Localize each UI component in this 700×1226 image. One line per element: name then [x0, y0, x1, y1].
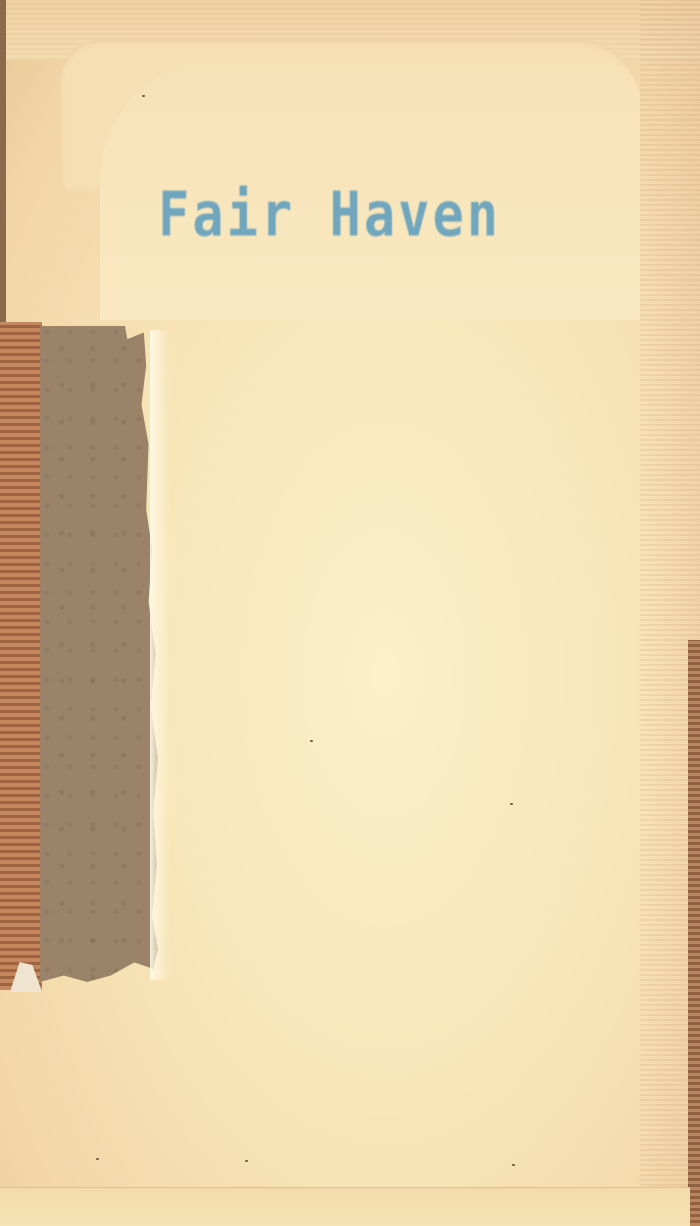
paper-speck [142, 95, 145, 97]
paper-speck [96, 1158, 99, 1160]
exposed-board [40, 326, 158, 982]
fair-haven-stamp: Fair Haven [158, 180, 501, 251]
paper-speck [245, 1160, 248, 1162]
left-binding-cloth [0, 322, 42, 990]
paper-speck [510, 803, 513, 805]
paper-speck [310, 740, 313, 742]
left-board-edge [0, 0, 6, 330]
paper-speck [512, 1164, 515, 1166]
torn-paper-edge [150, 330, 170, 980]
endpaper-page: Fair Haven [0, 0, 700, 1226]
bottom-fold [0, 1187, 690, 1226]
right-binding-cloth [688, 640, 700, 1226]
